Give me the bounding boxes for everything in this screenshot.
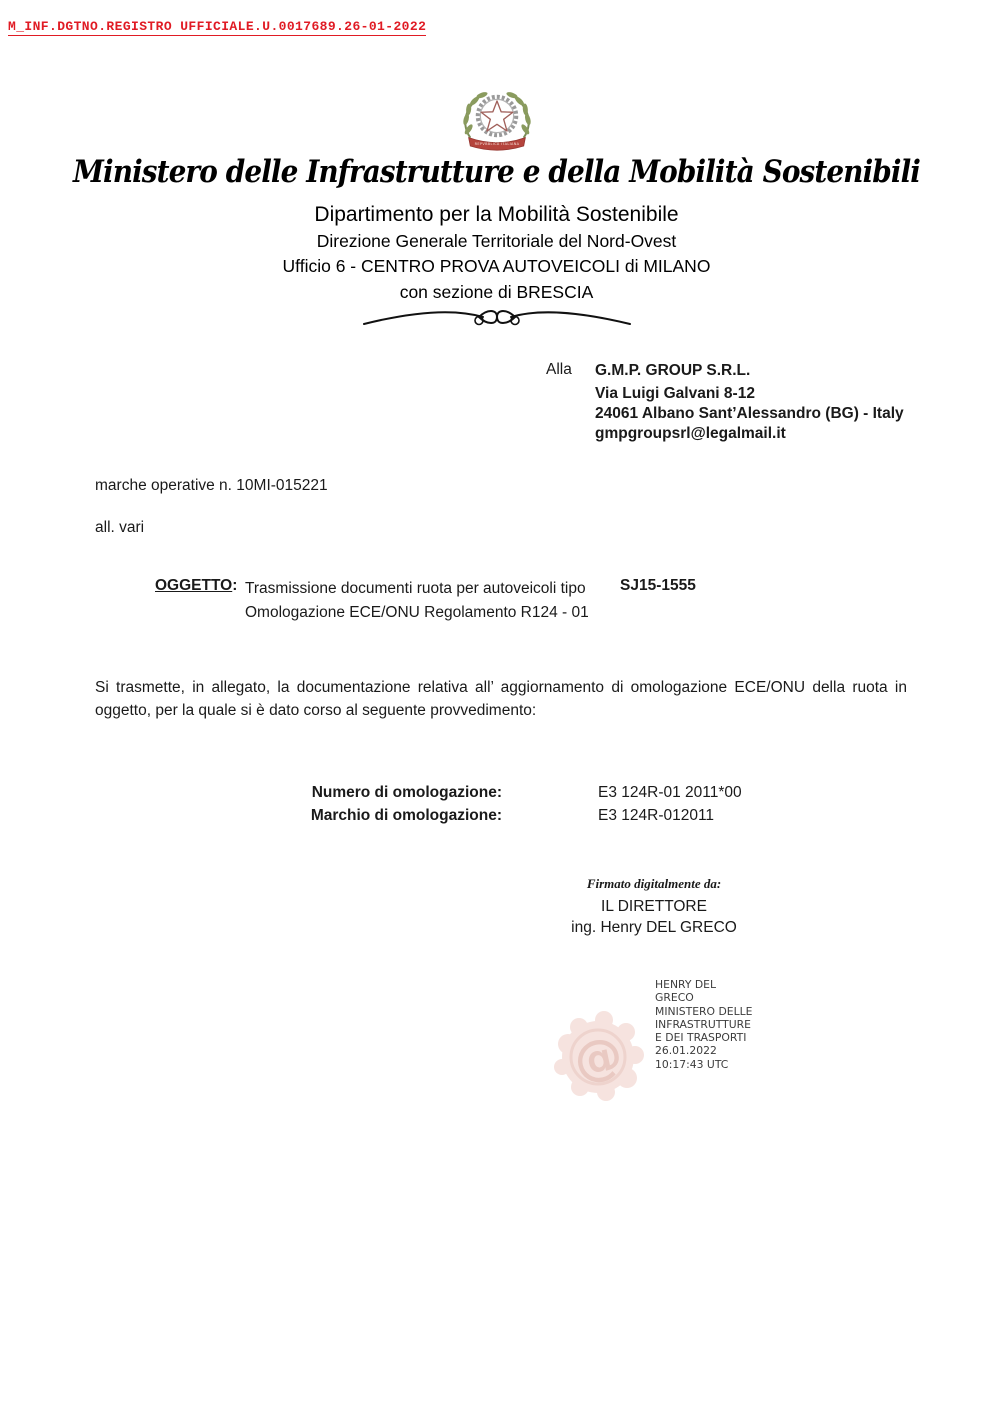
section-line: con sezione di BRESCIA [0,282,993,303]
signer-name: ing. Henry DEL GRECO [518,917,790,938]
subject-text: Trasmissione documenti ruota per autovei… [245,577,625,625]
recipient-city: 24061 Albano Sant’Alessandro (BG) - Ital… [595,404,904,424]
approval-mark-value: E3 124R-012011 [598,804,714,827]
ministry-title: Ministero delle Infrastrutture e della M… [50,154,944,190]
approval-number-label: Numero di omologazione: [240,781,502,804]
body-paragraph: Si trasmette, in allegato, la documentaz… [95,676,907,722]
digital-seal-stamp-icon: @ [546,1010,650,1104]
subject-label: OGGETTO: [155,577,237,595]
direction-line: Direzione Generale Territoriale del Nord… [0,231,993,252]
reference-marche-operative: marche operative n. 10MI-015221 [95,477,328,495]
flourish-divider-icon [361,303,633,331]
recipient-email: gmpgroupsrl@legalmail.it [595,424,904,444]
registry-protocol-line: M_INF.DGTNO.REGISTRO UFFICIALE.U.0017689… [8,19,426,36]
reference-attachments: all. vari [95,519,144,537]
office-line: Ufficio 6 - CENTRO PROVA AUTOVEICOLI di … [0,256,993,277]
recipient-to-label: Alla [546,361,572,379]
digital-signature-details: HENRY DEL GRECO MINISTERO DELLE INFRASTR… [655,978,752,1071]
italian-republic-emblem-icon: REPVBBLICA ITALIANA [447,86,547,156]
recipient-address-block: G.M.P. GROUP S.R.L. Via Luigi Galvani 8-… [595,361,904,444]
document-page: M_INF.DGTNO.REGISTRO UFFICIALE.U.0017689… [0,0,993,1404]
digitally-signed-note: Firmato digitalmente da: [518,876,790,892]
svg-text:REPVBBLICA ITALIANA: REPVBBLICA ITALIANA [475,142,520,146]
department-line: Dipartimento per la Mobilità Sostenibile [0,203,993,227]
approval-number-value: E3 124R-01 2011*00 [598,781,742,804]
recipient-street: Via Luigi Galvani 8-12 [595,384,904,404]
approval-mark-label: Marchio di omologazione: [240,804,502,827]
subject-line-1: Trasmissione documenti ruota per autovei… [245,577,625,601]
subject-type-code: SJ15-1555 [620,577,696,595]
signature-block: Firmato digitalmente da: IL DIRETTORE in… [518,876,790,938]
recipient-company: G.M.P. GROUP S.R.L. [595,361,904,381]
signer-role: IL DIRETTORE [518,896,790,917]
subject-line-2: Omologazione ECE/ONU Regolamento R124 - … [245,601,625,625]
